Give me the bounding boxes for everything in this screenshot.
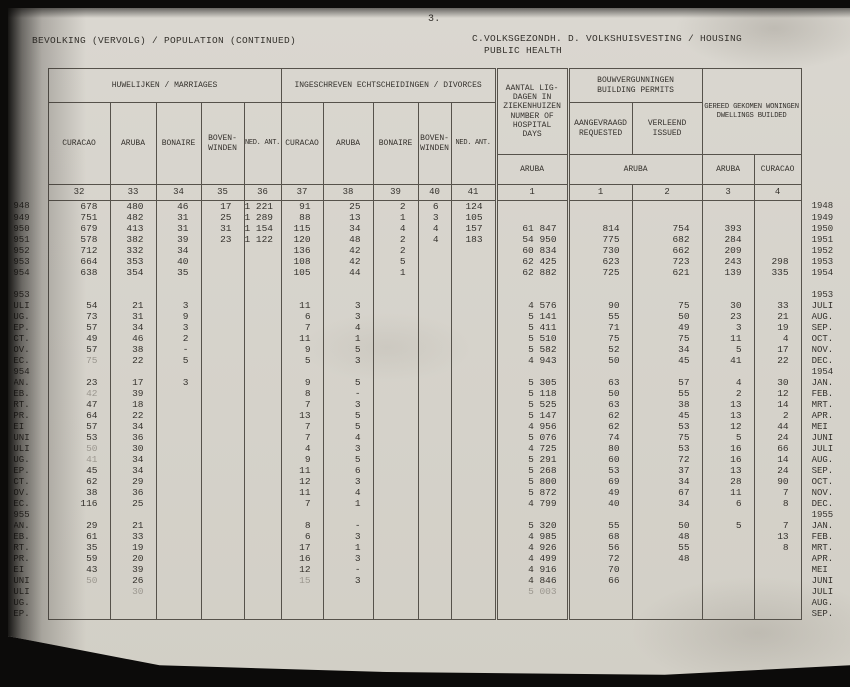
table-row: JAN.23173955 3056357430JAN. — [14, 377, 847, 388]
cell: 5 003 — [496, 586, 568, 597]
cell: 11 — [702, 333, 754, 344]
cell: 5 — [702, 432, 754, 443]
cell — [244, 311, 281, 322]
cell — [201, 344, 244, 355]
cell: 335 — [754, 267, 801, 278]
cell — [418, 388, 451, 399]
cell: 49 — [632, 322, 702, 333]
cell — [156, 586, 201, 597]
cell: 2 — [754, 410, 801, 421]
col-marriages-curacao: CURACAO — [48, 103, 110, 185]
cell: 298 — [754, 256, 801, 267]
row-label-left: SEP. — [14, 465, 48, 476]
cell — [568, 289, 632, 300]
cell — [156, 531, 201, 542]
row-label-right: 1954 — [801, 267, 847, 278]
cell — [156, 432, 201, 443]
cell — [418, 344, 451, 355]
table-row: FEB.42398-5 1185055212FEB. — [14, 388, 847, 399]
table-row: 194975148231251 2898813131051949 — [14, 212, 847, 223]
cell — [451, 575, 496, 586]
cell — [568, 597, 632, 608]
row-label-right: 1953 — [801, 289, 847, 300]
cell: 5 141 — [496, 311, 568, 322]
table-row: NOV.5738-955 5825234517NOV. — [14, 344, 847, 355]
cell: 4 — [323, 432, 373, 443]
cell — [244, 421, 281, 432]
cell — [323, 586, 373, 597]
cell: 53 — [568, 465, 632, 476]
cell — [451, 531, 496, 542]
cell: 4 — [373, 223, 418, 234]
cell: 40 — [568, 498, 632, 509]
row-label-left: APR. — [14, 553, 48, 564]
cell — [496, 608, 568, 619]
cell: 39 — [110, 564, 156, 575]
table-row: OCT.494621115 5107575114OCT. — [14, 333, 847, 344]
cell — [418, 289, 451, 300]
cell — [323, 366, 373, 377]
cell: 751 — [48, 212, 110, 223]
col-divorces-nedant: NED. ANT. — [451, 103, 496, 185]
cell: 284 — [702, 234, 754, 245]
cell — [244, 487, 281, 498]
cell — [201, 476, 244, 487]
row-label-left: 1953 — [14, 256, 48, 267]
row-label-right: 1955 — [801, 509, 847, 520]
cell — [373, 553, 418, 564]
cell: 5 800 — [496, 476, 568, 487]
cell: 5 291 — [496, 454, 568, 465]
cell: 50 — [48, 575, 110, 586]
cell: 730 — [568, 245, 632, 256]
table-row: FEB.6133634 985684813FEB. — [14, 531, 847, 542]
cell: 41 — [702, 355, 754, 366]
cell: 91 — [281, 201, 323, 213]
cell — [244, 608, 281, 619]
cell: 5 — [323, 454, 373, 465]
row-label-left: JAN. — [14, 377, 48, 388]
cell — [754, 564, 801, 575]
cell — [244, 509, 281, 520]
cell — [702, 575, 754, 586]
cell: 34 — [632, 344, 702, 355]
cell — [451, 245, 496, 256]
cell — [418, 421, 451, 432]
cell: 50 — [568, 388, 632, 399]
cell: 22 — [110, 355, 156, 366]
cell — [451, 377, 496, 388]
row-label-left: MRT. — [14, 542, 48, 553]
cell — [418, 355, 451, 366]
cell — [702, 531, 754, 542]
col-group-marriages: HUWELIJKEN / MARRIAGES — [48, 69, 281, 103]
cell — [244, 465, 281, 476]
cell: 19 — [110, 542, 156, 553]
cell: 49 — [48, 333, 110, 344]
cell — [496, 212, 568, 223]
cell: 22 — [110, 410, 156, 421]
row-label-left: 1954 — [14, 366, 48, 377]
table-row: JUNI50261534 84666JUNI — [14, 575, 847, 586]
cell — [496, 597, 568, 608]
cell: 105 — [451, 212, 496, 223]
cell: 72 — [632, 454, 702, 465]
table-row: APR.59201634 4997248APR. — [14, 553, 847, 564]
cell: - — [323, 388, 373, 399]
cell: 50 — [632, 311, 702, 322]
row-label-left: DEC. — [14, 498, 48, 509]
cell — [418, 410, 451, 421]
cell: 382 — [110, 234, 156, 245]
cell: 62 — [568, 410, 632, 421]
cell: 4 846 — [496, 575, 568, 586]
cell: 53 — [632, 443, 702, 454]
cell: 243 — [702, 256, 754, 267]
col-divorces-bovenwinden: BOVEN- WINDEN — [418, 103, 451, 185]
cell — [244, 333, 281, 344]
cell: 75 — [48, 355, 110, 366]
cell — [451, 322, 496, 333]
cell: 5 268 — [496, 465, 568, 476]
cell: 5 — [323, 410, 373, 421]
cell: 775 — [568, 234, 632, 245]
cell — [632, 575, 702, 586]
cell — [702, 289, 754, 300]
cell: 54 — [48, 300, 110, 311]
cell — [418, 399, 451, 410]
cell: 664 — [48, 256, 110, 267]
cell: 16 — [281, 553, 323, 564]
cell — [201, 399, 244, 410]
col-permits-issued: VERLEEND ISSUED — [632, 103, 702, 155]
cell — [244, 388, 281, 399]
cell: 34 — [110, 421, 156, 432]
cell — [418, 432, 451, 443]
cell — [632, 564, 702, 575]
cell — [418, 509, 451, 520]
cell — [373, 322, 418, 333]
cell — [496, 366, 568, 377]
cell: 3 — [156, 300, 201, 311]
cell — [201, 377, 244, 388]
cell: 38 — [110, 344, 156, 355]
cell: 90 — [754, 476, 801, 487]
cell: 5 320 — [496, 520, 568, 531]
cell — [632, 509, 702, 520]
cell — [451, 388, 496, 399]
cell: 37 — [632, 465, 702, 476]
cell: 25 — [201, 212, 244, 223]
cell — [632, 608, 702, 619]
cell — [244, 520, 281, 531]
cell — [702, 366, 754, 377]
cell: 3 — [323, 443, 373, 454]
cell: 55 — [568, 520, 632, 531]
cell: 1 — [323, 542, 373, 553]
cell — [110, 597, 156, 608]
cell — [632, 278, 702, 289]
cell — [418, 366, 451, 377]
cell — [451, 542, 496, 553]
cell: 332 — [110, 245, 156, 256]
cell: 1 221 — [244, 201, 281, 213]
colnum: 36 — [244, 185, 281, 201]
cell: 124 — [451, 201, 496, 213]
cell: 413 — [110, 223, 156, 234]
region-hospital-aruba: ARUBA — [496, 155, 568, 185]
cell — [418, 542, 451, 553]
cell: 4 — [418, 223, 451, 234]
cell: 1 — [323, 498, 373, 509]
cell — [451, 410, 496, 421]
cell — [201, 531, 244, 542]
cell: 209 — [702, 245, 754, 256]
cell: 29 — [110, 476, 156, 487]
cell — [156, 542, 201, 553]
cell: 33 — [754, 300, 801, 311]
cell — [418, 267, 451, 278]
cell — [244, 432, 281, 443]
cell — [373, 432, 418, 443]
cell: 6 — [418, 201, 451, 213]
cell: 8 — [754, 542, 801, 553]
cell: 48 — [323, 234, 373, 245]
row-label-left: OCT. — [14, 333, 48, 344]
row-label-right: SEP. — [801, 465, 847, 476]
colnum: 3 — [702, 185, 754, 201]
cell: 31 — [110, 311, 156, 322]
row-label-left: AUG. — [14, 311, 48, 322]
cell — [451, 421, 496, 432]
cell: 6 — [323, 465, 373, 476]
cell — [373, 520, 418, 531]
row-label-left: 1954 — [14, 267, 48, 278]
cell — [451, 443, 496, 454]
row-label-right: 1954 — [801, 366, 847, 377]
colnum: 40 — [418, 185, 451, 201]
row-label-right: FEB. — [801, 388, 847, 399]
cell: 26 — [110, 575, 156, 586]
cell: 57 — [48, 421, 110, 432]
cell: 34 — [632, 476, 702, 487]
cell — [201, 608, 244, 619]
cell — [323, 289, 373, 300]
cell: 11 — [281, 465, 323, 476]
cell — [418, 278, 451, 289]
cell — [373, 597, 418, 608]
cell: 12 — [281, 564, 323, 575]
cell: 52 — [568, 344, 632, 355]
cell — [156, 509, 201, 520]
row-label-left: 1950 — [14, 223, 48, 234]
cell: 136 — [281, 245, 323, 256]
cell — [281, 278, 323, 289]
cell: 354 — [110, 267, 156, 278]
cell — [373, 278, 418, 289]
row-label-left: JULI — [14, 443, 48, 454]
cell — [418, 300, 451, 311]
cell — [373, 531, 418, 542]
cell — [156, 476, 201, 487]
row-label-left: MEI — [14, 564, 48, 575]
cell: 25 — [110, 498, 156, 509]
cell: 5 118 — [496, 388, 568, 399]
cell — [156, 487, 201, 498]
cell: 23 — [702, 311, 754, 322]
cell — [451, 267, 496, 278]
cell — [201, 564, 244, 575]
cell: 105 — [281, 267, 323, 278]
cell: 44 — [323, 267, 373, 278]
row-label-right: 1948 — [801, 201, 847, 213]
cell: 45 — [632, 355, 702, 366]
cell — [451, 366, 496, 377]
cell — [568, 212, 632, 223]
cell: 12 — [281, 476, 323, 487]
cell: 2 — [702, 388, 754, 399]
cell — [201, 597, 244, 608]
cell — [201, 278, 244, 289]
cell: 5 582 — [496, 344, 568, 355]
cell — [201, 432, 244, 443]
cell — [373, 586, 418, 597]
cell: 30 — [754, 377, 801, 388]
cell: 29 — [48, 520, 110, 531]
cell: 139 — [702, 267, 754, 278]
cell: 53 — [48, 432, 110, 443]
cell — [373, 575, 418, 586]
cell — [201, 366, 244, 377]
row-label-right: AUG. — [801, 597, 847, 608]
cell — [754, 586, 801, 597]
row-label-left: DEC. — [14, 355, 48, 366]
cell — [754, 234, 801, 245]
cell — [244, 586, 281, 597]
table-row: MRT.35191714 92656558MRT. — [14, 542, 847, 553]
cell — [496, 201, 568, 213]
cell — [451, 344, 496, 355]
cell — [754, 245, 801, 256]
cell — [201, 267, 244, 278]
cell: 48 — [632, 553, 702, 564]
cell — [451, 465, 496, 476]
cell: 1 — [323, 333, 373, 344]
cell: 4 725 — [496, 443, 568, 454]
cell — [418, 575, 451, 586]
cell — [373, 608, 418, 619]
colnum: 35 — [201, 185, 244, 201]
row-label-right: JULI — [801, 586, 847, 597]
cell: 5 305 — [496, 377, 568, 388]
cell: 2 — [156, 333, 201, 344]
header-colnum-row: 3233343536373839404111234 — [14, 185, 847, 201]
cell: 48 — [632, 531, 702, 542]
cell — [568, 201, 632, 213]
cell: 12 — [702, 421, 754, 432]
cell: 31 — [156, 212, 201, 223]
cell: 2 — [373, 234, 418, 245]
cell: 73 — [48, 311, 110, 322]
table-row: 194867848046171 2219125261241948 — [14, 201, 847, 213]
cell: 4 956 — [496, 421, 568, 432]
cell — [451, 487, 496, 498]
cell: 46 — [110, 333, 156, 344]
cell: 35 — [156, 267, 201, 278]
cell: 3 — [323, 311, 373, 322]
cell — [156, 597, 201, 608]
cell: 623 — [568, 256, 632, 267]
cell: 8 — [754, 498, 801, 509]
cell: - — [323, 520, 373, 531]
cell — [244, 410, 281, 421]
cell: 4 — [702, 377, 754, 388]
cell — [201, 465, 244, 476]
cell: 723 — [632, 256, 702, 267]
cell: 35 — [48, 542, 110, 553]
row-label-left: JULI — [14, 586, 48, 597]
cell: 20 — [110, 553, 156, 564]
cell: 16 — [702, 443, 754, 454]
cell — [451, 355, 496, 366]
table-row: NOV.38361145 8724967117NOV. — [14, 487, 847, 498]
cell — [373, 333, 418, 344]
table-row: MEI433912-4 91670MEI — [14, 564, 847, 575]
cell: 60 834 — [496, 245, 568, 256]
cell — [754, 509, 801, 520]
cell — [281, 597, 323, 608]
cell — [48, 608, 110, 619]
cell — [702, 201, 754, 213]
cell — [156, 465, 201, 476]
cell: 63 — [568, 377, 632, 388]
row-label-right: JAN. — [801, 520, 847, 531]
col-marriages-bonaire: BONAIRE — [156, 103, 201, 185]
cell — [48, 289, 110, 300]
cell: 5 076 — [496, 432, 568, 443]
cell: 59 — [48, 553, 110, 564]
cell: - — [323, 564, 373, 575]
cell: 57 — [48, 322, 110, 333]
cell: 7 — [281, 432, 323, 443]
cell: 72 — [568, 553, 632, 564]
cell — [373, 377, 418, 388]
cell — [156, 520, 201, 531]
cell: 31 — [201, 223, 244, 234]
cell — [244, 575, 281, 586]
col-divorces-aruba: ARUBA — [323, 103, 373, 185]
cell: 42 — [323, 256, 373, 267]
col-marriages-aruba: ARUBA — [110, 103, 156, 185]
cell — [451, 597, 496, 608]
row-label-right: MRT. — [801, 399, 847, 410]
cell — [323, 608, 373, 619]
cell: 5 510 — [496, 333, 568, 344]
cell — [754, 608, 801, 619]
cell: 38 — [48, 487, 110, 498]
cell: 54 950 — [496, 234, 568, 245]
cell: 68 — [568, 531, 632, 542]
cell: 11 — [281, 300, 323, 311]
row-label-left: 1955 — [14, 509, 48, 520]
cell — [496, 289, 568, 300]
cell: 13 — [702, 465, 754, 476]
cell: 49 — [568, 487, 632, 498]
table-row — [14, 278, 847, 289]
cell: 4 926 — [496, 542, 568, 553]
row-label-left: MRT. — [14, 399, 48, 410]
cell: 5 525 — [496, 399, 568, 410]
